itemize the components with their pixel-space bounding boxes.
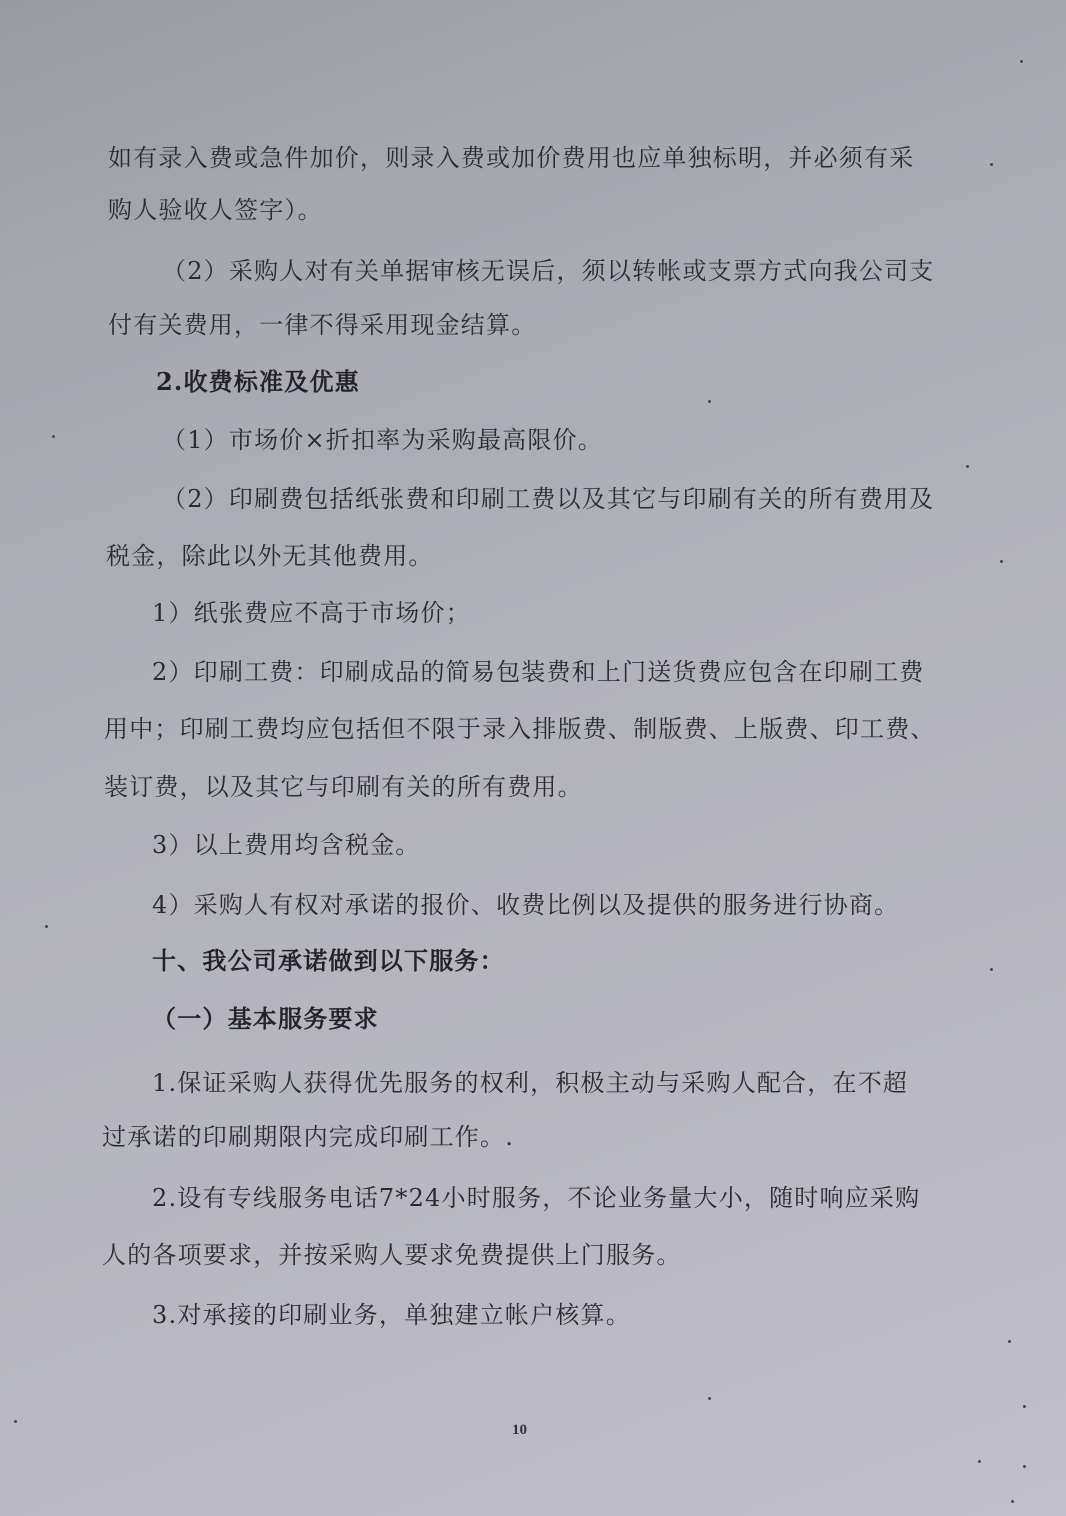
scan-speck bbox=[990, 968, 993, 971]
text-line-1: 如有录入费或急件加价，则录入费或加价费用也应单独标明，并必须有采 bbox=[108, 143, 914, 173]
text-line-3: （2）采购人对有关单据审核无误后，须以转帐或支票方式向我公司支 bbox=[162, 256, 934, 286]
text-line-4: 付有关费用，一律不得采用现金结算。 bbox=[108, 310, 536, 340]
text-line-9: 1）纸张费应不高于市场价； bbox=[152, 598, 471, 628]
scan-speck bbox=[708, 400, 711, 403]
document-page: 如有录入费或急件加价，则录入费或加价费用也应单独标明，并必须有采 购人验收人签字… bbox=[0, 0, 1066, 1516]
text-line-12: 装订费，以及其它与印刷有关的所有费用。 bbox=[104, 772, 583, 802]
text-line-11: 用中；印刷工费均应包括但不限于录入排版费、制版费、上版费、印工费、 bbox=[104, 714, 936, 744]
scan-speck bbox=[708, 1397, 711, 1400]
text-line-21: 3.对承接的印刷业务，单独建立帐户核算。 bbox=[152, 1300, 631, 1330]
text-line-7: （2）印刷费包括纸张费和印刷工费以及其它与印刷有关的所有费用及 bbox=[162, 484, 934, 514]
scan-speck bbox=[1023, 1405, 1026, 1408]
text-line-17: 1.保证采购人获得优先服务的权利，积极主动与采购人配合，在不超 bbox=[152, 1068, 908, 1098]
subsection-heading-basic-requirements: （一）基本服务要求 bbox=[152, 1004, 379, 1034]
page-number: 10 bbox=[512, 1422, 527, 1439]
text-line-8: 税金，除此以外无其他费用。 bbox=[106, 541, 434, 571]
section-heading-fee-standards: 2.收费标准及优惠 bbox=[156, 367, 360, 397]
text-line-10: 2）印刷工费：印刷成品的简易包装费和上门送货费应包含在印刷工费 bbox=[152, 657, 924, 687]
scan-speck bbox=[14, 1420, 17, 1423]
scan-speck bbox=[978, 1460, 981, 1463]
text-line-19: 2.设有专线服务电话7*24小时服务，不论业务量大小，随时响应采购 bbox=[152, 1183, 920, 1213]
scan-speck bbox=[1023, 1465, 1026, 1468]
scan-speck bbox=[45, 925, 48, 928]
scan-speck bbox=[52, 435, 55, 438]
text-line-18: 过承诺的印刷期限内完成印刷工作。. bbox=[102, 1122, 514, 1152]
text-line-6: （1）市场价×折扣率为采购最高限价。 bbox=[162, 425, 603, 455]
scan-speck bbox=[1020, 60, 1023, 63]
text-line-13: 3）以上费用均含税金。 bbox=[152, 830, 420, 860]
section-heading-services: 十、我公司承诺做到以下服务： bbox=[152, 946, 505, 976]
text-line-20: 人的各项要求，并按采购人要求免费提供上门服务。 bbox=[102, 1240, 682, 1270]
scan-speck bbox=[1011, 1500, 1014, 1503]
text-line-2: 购人验收人签字）。 bbox=[108, 195, 323, 225]
scan-speck bbox=[966, 465, 969, 468]
scan-speck bbox=[990, 163, 993, 166]
scan-speck bbox=[1000, 560, 1003, 563]
scan-speck bbox=[1008, 1340, 1011, 1343]
text-line-14: 4）采购人有权对承诺的报价、收费比例以及提供的服务进行协商。 bbox=[152, 890, 899, 920]
